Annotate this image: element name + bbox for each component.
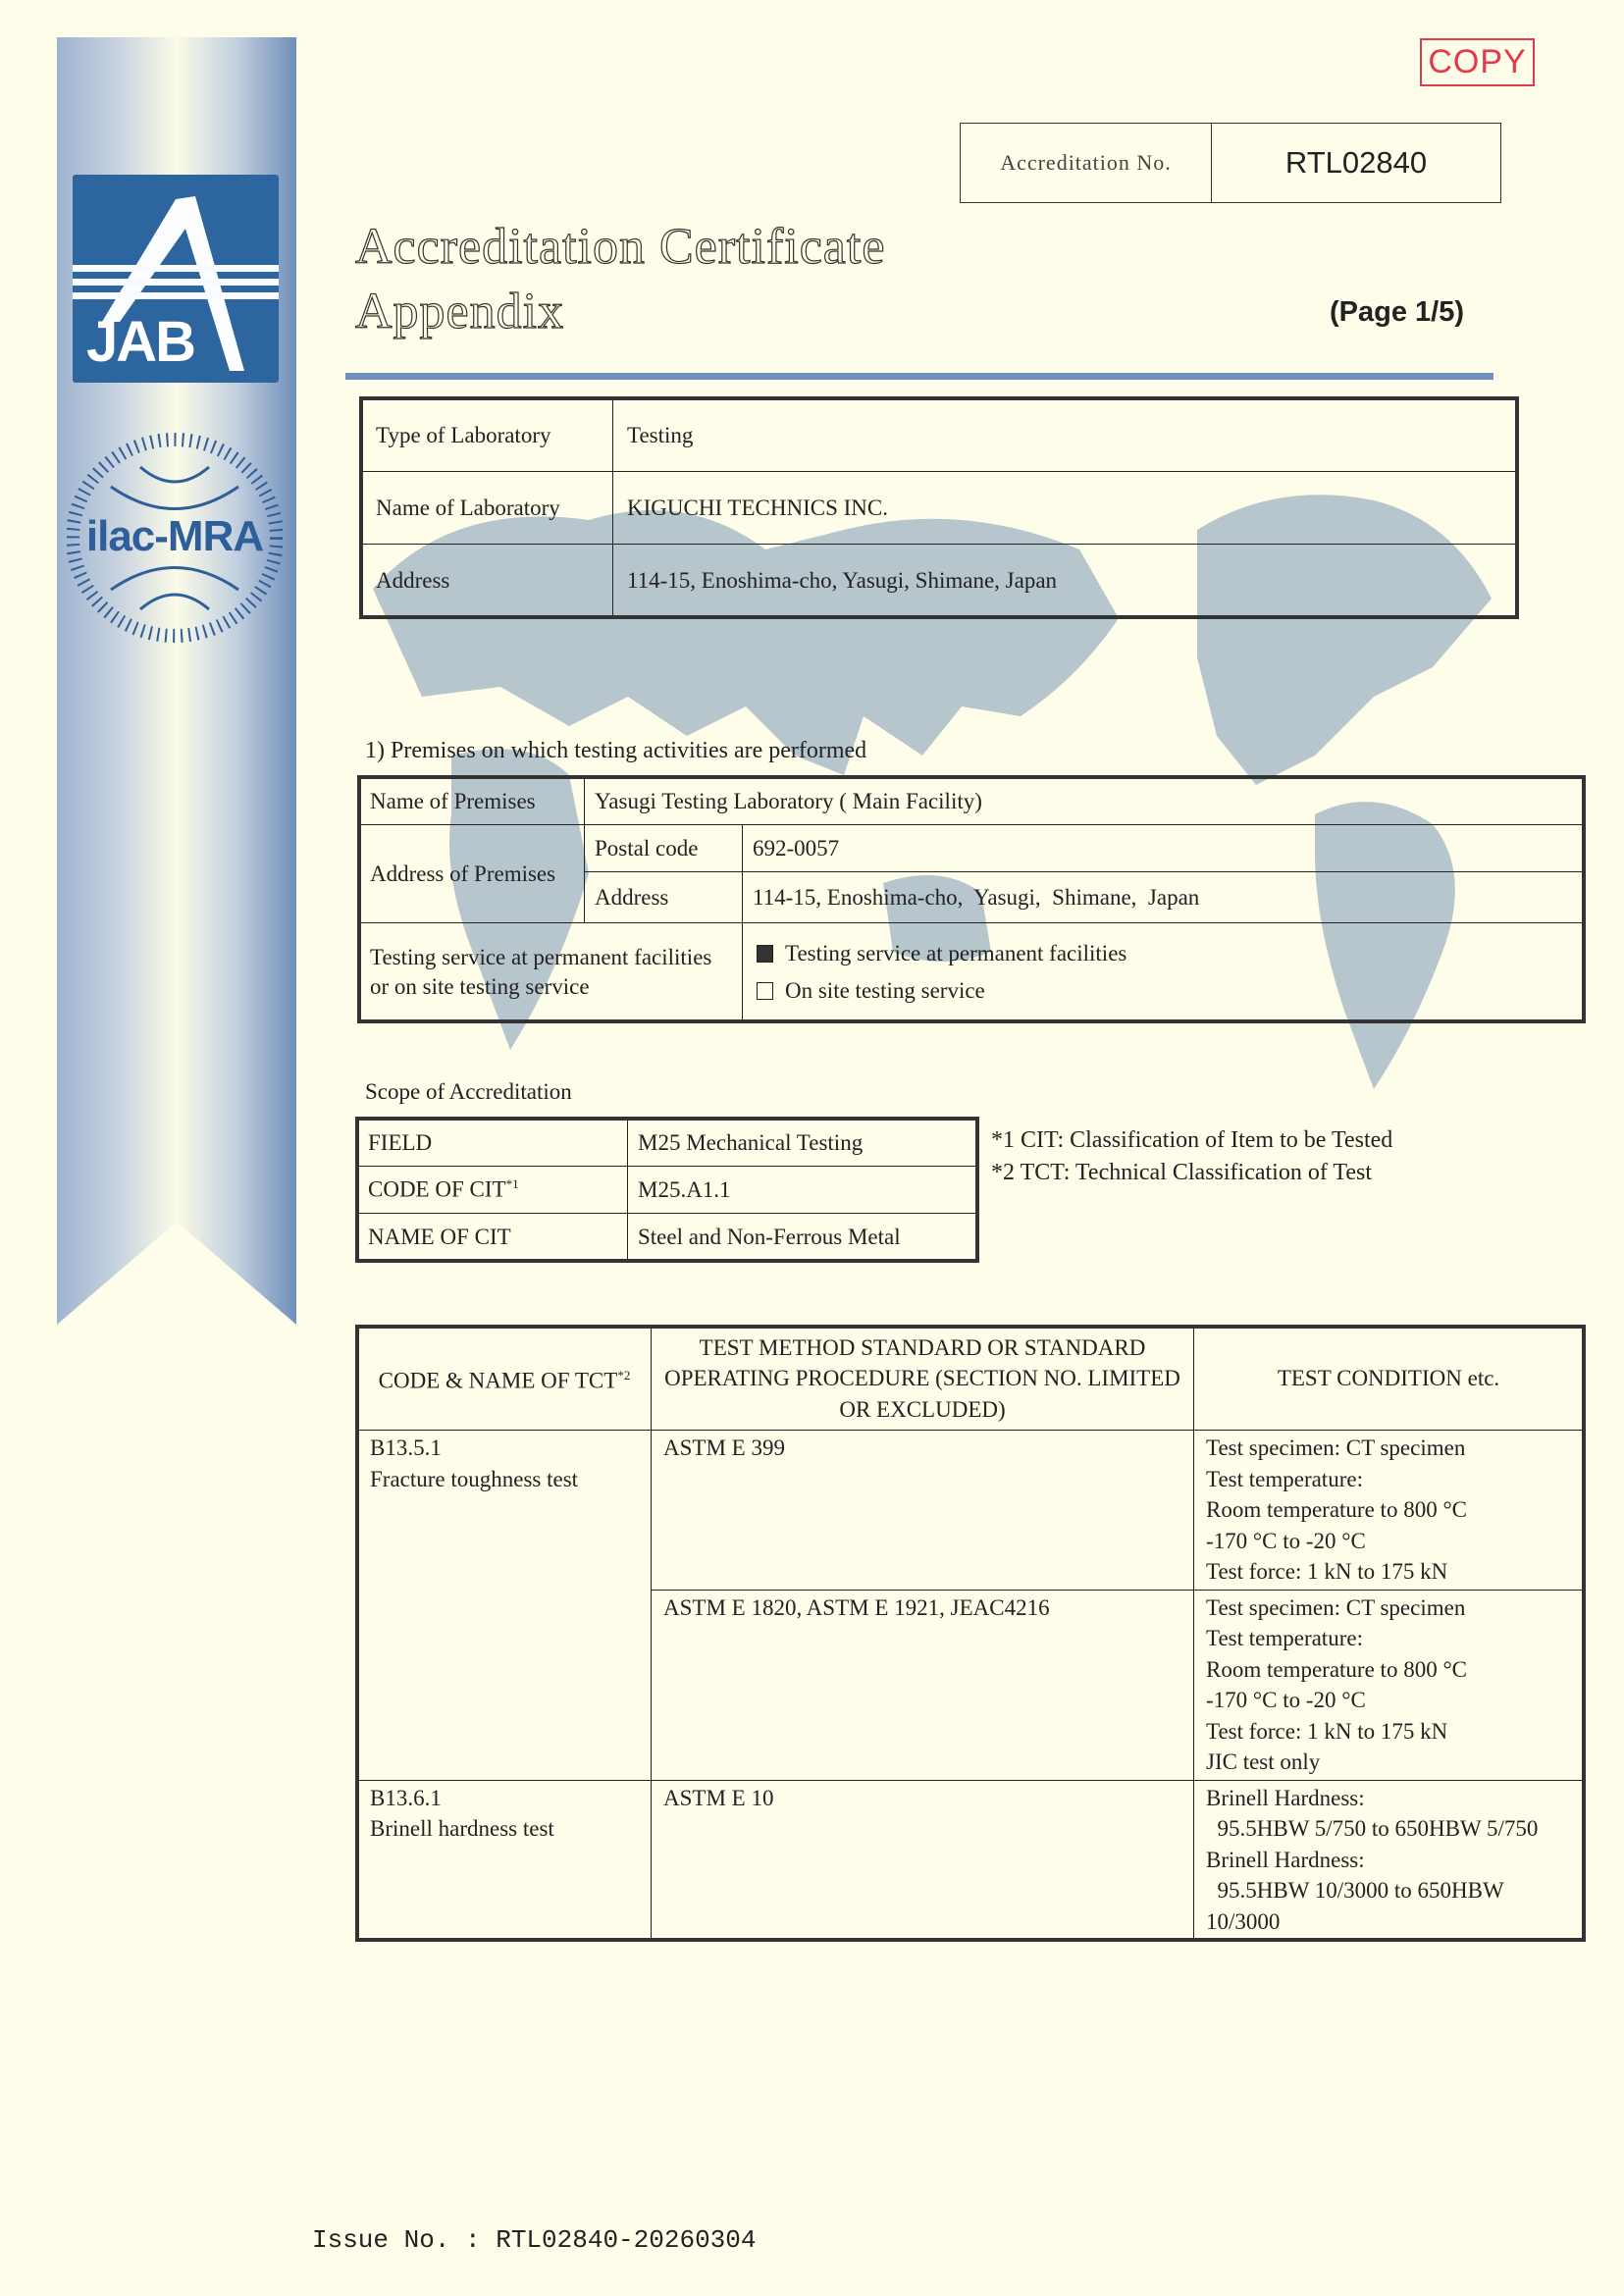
table-row: FIELD M25 Mechanical Testing — [358, 1120, 977, 1167]
condition-line: Room temperature to 800 °C — [1206, 1494, 1571, 1526]
condition-line: 95.5HBW 5/750 to 650HBW 5/750 — [1206, 1813, 1571, 1845]
scope-cit-name-label: NAME OF CIT — [358, 1214, 628, 1261]
table-row: Testing service at permanent facilities … — [360, 923, 1584, 1021]
lab-address-label: Address — [362, 545, 613, 617]
condition-line: -170 °C to -20 °C — [1206, 1685, 1571, 1716]
tct-code: B13.5.1 — [370, 1433, 639, 1464]
scope-cit-name-value: Steel and Non-Ferrous Metal — [628, 1214, 977, 1261]
premises-name-label: Name of Premises — [360, 778, 585, 825]
table-row: B13.5.1Fracture toughness testASTM E 399… — [358, 1431, 1584, 1591]
condition-line: Brinell Hardness: — [1206, 1845, 1571, 1876]
lab-type-value: Testing — [613, 399, 1517, 472]
table-header-row: CODE & NAME OF TCT*2 TEST METHOD STANDAR… — [358, 1328, 1584, 1431]
test-scope-table: CODE & NAME OF TCT*2 TEST METHOD STANDAR… — [357, 1327, 1584, 1940]
condition-line: Brinell Hardness: — [1206, 1783, 1571, 1814]
cit-code-label-text: CODE OF CIT — [368, 1177, 506, 1202]
premises-address-sub-label: Address — [585, 872, 743, 923]
postal-code-value: 692-0057 — [743, 825, 1584, 872]
scope-field-value: M25 Mechanical Testing — [628, 1120, 977, 1167]
ilac-mra-logo: ilac-MRA — [67, 428, 283, 653]
tct-code-name-cell: B13.5.1Fracture toughness test — [358, 1431, 652, 1781]
test-method-standard: ASTM E 399 — [652, 1431, 1194, 1591]
table-row: CODE OF CIT*1 M25.A1.1 — [358, 1167, 977, 1214]
condition-line: Test temperature: — [1206, 1464, 1571, 1495]
table-row: Name of Laboratory KIGUCHI TECHNICS INC. — [362, 472, 1517, 545]
condition-line: Test temperature: — [1206, 1623, 1571, 1654]
lab-name-label: Name of Laboratory — [362, 472, 613, 545]
test-method-standard: ASTM E 10 — [652, 1780, 1194, 1940]
laboratory-table: Type of Laboratory Testing Name of Labor… — [361, 398, 1517, 617]
checkbox-unchecked-icon — [757, 982, 773, 1000]
premises-table: Name of Premises Yasugi Testing Laborato… — [359, 777, 1584, 1021]
jab-logo-text: JAB — [86, 309, 194, 375]
condition-line: Test force: 1 kN to 175 kN — [1206, 1556, 1571, 1588]
footnotes: *1 CIT: Classification of Item to be Tes… — [991, 1124, 1392, 1189]
table-row: B13.6.1Brinell hardness testASTM E 10Bri… — [358, 1780, 1584, 1940]
col-header-tct: CODE & NAME OF TCT*2 — [358, 1328, 652, 1431]
condition-line: 95.5HBW 10/3000 to 650HBW 10/3000 — [1206, 1875, 1571, 1937]
condition-line: Room temperature to 800 °C — [1206, 1654, 1571, 1686]
tct-code: B13.6.1 — [370, 1783, 639, 1814]
option-permanent-facilities: Testing service at permanent facilities — [757, 935, 1573, 972]
test-condition: Test specimen: CT specimenTest temperatu… — [1194, 1431, 1584, 1591]
condition-line: -170 °C to -20 °C — [1206, 1526, 1571, 1557]
premises-address-value: 114-15, Enoshima-cho, Yasugi, Shimane, J… — [743, 872, 1584, 923]
checkbox-checked-icon — [757, 945, 773, 963]
accreditation-number-box: Accreditation No. RTL02840 — [960, 123, 1501, 203]
table-row: Address 114-15, Enoshima-cho, Yasugi, Sh… — [362, 545, 1517, 617]
postal-code-label: Postal code — [585, 825, 743, 872]
scope-cit-code-label: CODE OF CIT*1 — [358, 1167, 628, 1214]
table-row: Name of Premises Yasugi Testing Laborato… — [360, 778, 1584, 825]
footnote-marker: *2 — [617, 1368, 630, 1383]
col-header-tct-text: CODE & NAME OF TCT — [379, 1369, 618, 1393]
scope-table: FIELD M25 Mechanical Testing CODE OF CIT… — [357, 1119, 977, 1261]
title-divider — [345, 373, 1493, 380]
option-label: Testing service at permanent facilities — [785, 941, 1126, 965]
condition-line: Test specimen: CT specimen — [1206, 1433, 1571, 1464]
page-title: Accreditation Certificate — [355, 218, 885, 276]
copy-stamp: COPY — [1420, 38, 1535, 86]
test-condition: Brinell Hardness: 95.5HBW 5/750 to 650HB… — [1194, 1780, 1584, 1940]
footnote-cit: *1 CIT: Classification of Item to be Tes… — [991, 1124, 1392, 1157]
col-header-method: TEST METHOD STANDARD OR STANDARD OPERATI… — [652, 1328, 1194, 1431]
table-row: Address of Premises Postal code 692-0057 — [360, 825, 1584, 872]
scope-field-label: FIELD — [358, 1120, 628, 1167]
table-row: NAME OF CIT Steel and Non-Ferrous Metal — [358, 1214, 977, 1261]
col-header-condition: TEST CONDITION etc. — [1194, 1328, 1584, 1431]
page-subtitle: Appendix — [355, 283, 564, 340]
ilac-mra-text: ilac-MRA — [67, 512, 283, 561]
tct-name: Fracture toughness test — [370, 1464, 639, 1495]
premises-heading: 1) Premises on which testing activities … — [365, 738, 866, 764]
tct-code-name-cell: B13.6.1Brinell hardness test — [358, 1780, 652, 1940]
service-type-options: Testing service at permanent facilities … — [743, 923, 1584, 1021]
footnote-marker: *1 — [506, 1176, 519, 1191]
lab-address-value: 114-15, Enoshima-cho, Yasugi, Shimane, J… — [613, 545, 1517, 617]
condition-line: Test specimen: CT specimen — [1206, 1592, 1571, 1624]
page-number: (Page 1/5) — [1330, 296, 1464, 329]
option-label: On site testing service — [785, 978, 985, 1003]
issue-number: Issue No. : RTL02840-20260304 — [312, 2225, 756, 2255]
premises-name-value: Yasugi Testing Laboratory ( Main Facilit… — [585, 778, 1584, 825]
option-on-site: On site testing service — [757, 972, 1573, 1010]
lab-type-label: Type of Laboratory — [362, 399, 613, 472]
service-type-label: Testing service at permanent facilities … — [360, 923, 743, 1021]
scope-heading: Scope of Accreditation — [365, 1079, 572, 1105]
jab-logo: JAB — [73, 175, 279, 383]
tct-name: Brinell hardness test — [370, 1813, 639, 1845]
lab-name-value: KIGUCHI TECHNICS INC. — [613, 472, 1517, 545]
condition-line: Test force: 1 kN to 175 kN — [1206, 1716, 1571, 1748]
test-method-standard: ASTM E 1820, ASTM E 1921, JEAC4216 — [652, 1590, 1194, 1780]
condition-line: JIC test only — [1206, 1747, 1571, 1778]
premises-address-label: Address of Premises — [360, 825, 585, 923]
footnote-tct: *2 TCT: Technical Classification of Test — [991, 1157, 1392, 1189]
scope-cit-code-value: M25.A1.1 — [628, 1167, 977, 1214]
accreditation-number-value: RTL02840 — [1212, 124, 1500, 202]
table-row: Type of Laboratory Testing — [362, 399, 1517, 472]
accreditation-number-label: Accreditation No. — [961, 124, 1212, 202]
test-condition: Test specimen: CT specimenTest temperatu… — [1194, 1590, 1584, 1780]
